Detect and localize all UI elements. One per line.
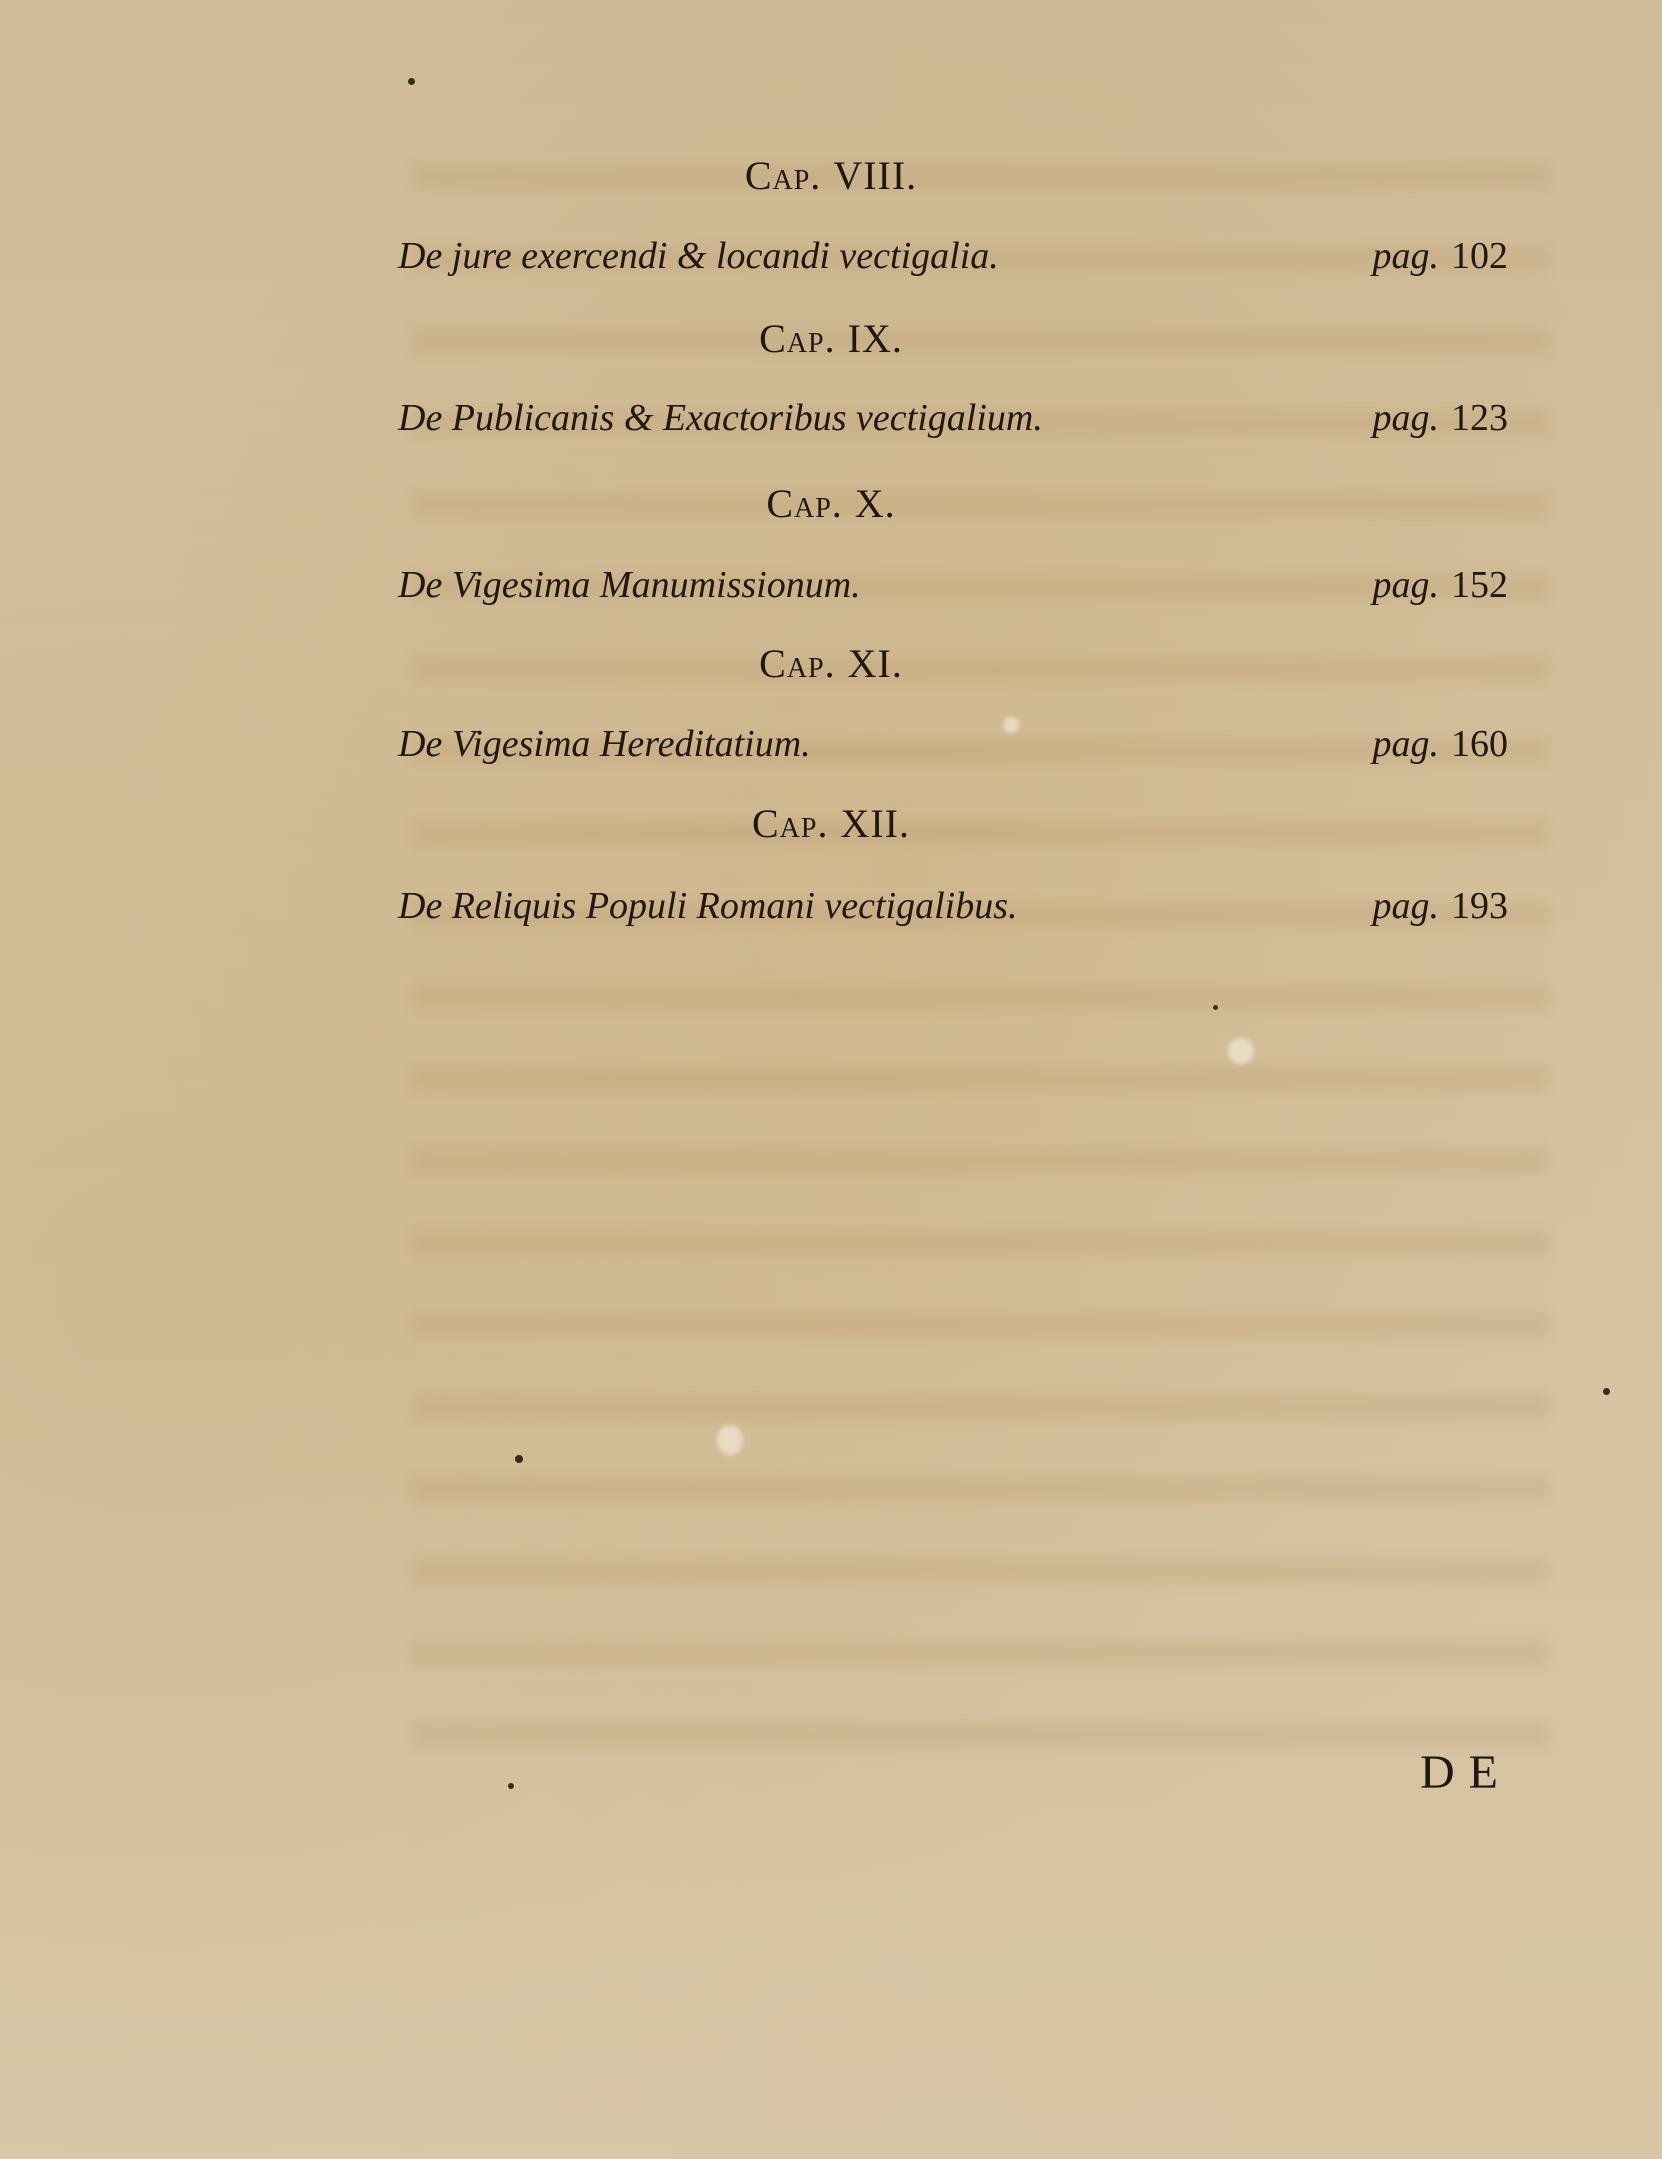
chapter-title: De Vigesima Manumissionum. [398, 563, 861, 607]
chapter-title: De Vigesima Hereditatium. [398, 722, 811, 766]
page-number: 102 [1451, 235, 1508, 277]
chapter-prefix: Cap. [759, 641, 835, 686]
chapter-prefix: Cap. [745, 153, 821, 198]
chapter-heading: Cap.VIII. [0, 152, 1662, 199]
chapter-number: X. [855, 481, 896, 526]
chapter-title: De Publicanis & Exactoribus vectigalium. [398, 396, 1043, 440]
book-page: Cap.VIII. De jure exercendi & locandi ve… [0, 0, 1662, 2159]
ink-spot [515, 1455, 523, 1463]
page-number: 193 [1451, 885, 1508, 927]
ink-spot [1213, 1005, 1218, 1010]
chapter-prefix: Cap. [759, 316, 835, 361]
paper-blemish [1228, 1038, 1254, 1064]
page-label: pag. [1373, 397, 1440, 439]
page-reference: pag.152 [1373, 563, 1509, 607]
chapter-heading: Cap.XI. [0, 640, 1662, 687]
chapter-prefix: Cap. [752, 801, 828, 846]
page-number: 160 [1451, 723, 1508, 765]
toc-entry: De Vigesima Hereditatium. pag.160 [398, 722, 1508, 772]
page-reference: pag.160 [1373, 722, 1509, 766]
chapter-number: XI. [848, 641, 903, 686]
chapter-prefix: Cap. [766, 481, 842, 526]
page-label: pag. [1373, 564, 1440, 606]
chapter-number: IX. [848, 316, 903, 361]
page-reference: pag.102 [1373, 234, 1509, 278]
page-label: pag. [1373, 885, 1440, 927]
show-through-text [410, 120, 1550, 1770]
page-number: 123 [1451, 397, 1508, 439]
page-reference: pag.123 [1373, 396, 1509, 440]
chapter-number: XII. [840, 801, 910, 846]
ink-spot [508, 1783, 514, 1789]
page-label: pag. [1373, 723, 1440, 765]
ink-spot [408, 78, 415, 85]
toc-entry: De jure exercendi & locandi vectigalia. … [398, 234, 1508, 284]
page-number: 152 [1451, 564, 1508, 606]
page-label: pag. [1373, 235, 1440, 277]
ink-spot [1603, 1388, 1610, 1395]
paper-blemish [717, 1425, 743, 1455]
toc-entry: De Vigesima Manumissionum. pag.152 [398, 563, 1508, 613]
catchword: DE [1420, 1745, 1512, 1800]
chapter-heading: Cap.XII. [0, 800, 1662, 847]
toc-entry: De Publicanis & Exactoribus vectigalium.… [398, 396, 1508, 446]
chapter-heading: Cap.X. [0, 480, 1662, 527]
chapter-title: De Reliquis Populi Romani vectigalibus. [398, 884, 1018, 928]
chapter-number: VIII. [833, 153, 917, 198]
toc-entry: De Reliquis Populi Romani vectigalibus. … [398, 884, 1508, 934]
chapter-heading: Cap.IX. [0, 315, 1662, 362]
chapter-title: De jure exercendi & locandi vectigalia. [398, 234, 999, 278]
page-reference: pag.193 [1373, 884, 1509, 928]
